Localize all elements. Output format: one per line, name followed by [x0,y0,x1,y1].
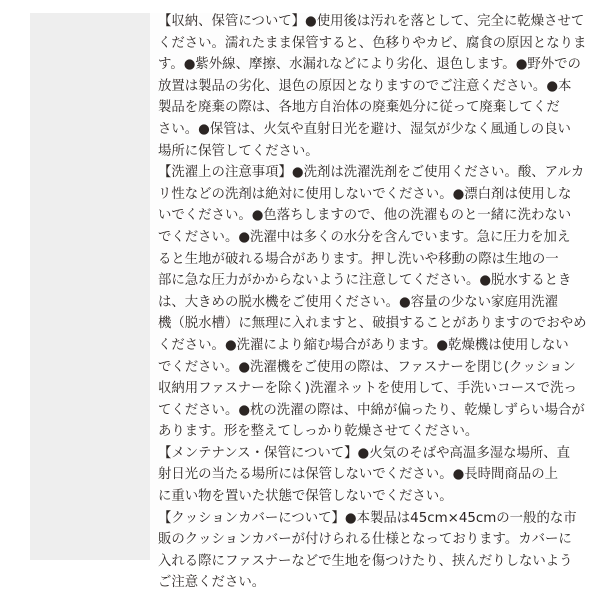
text-line: 部に急な圧力がかからないように注意してください。●脱水するとき [158,270,568,292]
section-washing-cautions: 【洗濯上の注意事項】●洗剤は洗濯洗剤をご使用ください。酸、アルカ リ性などの洗剤… [158,162,568,443]
text-line: す。●紫外線、摩擦、水漏れなどにより劣化、退色します。●野外での [158,54,568,76]
section-cushion-cover: 【クッションカバーについて】●本製品は45cm×45cmの一般的な市 販のクッシ… [158,508,568,594]
text-line: 【メンテナンス・保管について】●火気のそばや高温多湿な場所、直 [158,443,568,465]
text-line: は、大きめの脱水機をご使用ください。●容量の少ない家庭用洗濯 [158,292,568,314]
text-line: ください。●洗濯により縮む場合があります。●乾燥機は使用しない [158,335,568,357]
care-instructions-text: 【収納、保管について】●使用後は汚れを落として、完全に乾燥させて ください。濡れ… [158,11,568,594]
text-line: 機（脱水槽）に無理に入れますと、破損することがありますのでおやめ [158,313,568,335]
text-line: てください。●枕の洗濯の際は、中綿が偏ったり、乾燥しずらい場合が [158,400,568,422]
text-line: 【収納、保管について】●使用後は汚れを落として、完全に乾燥させて [158,11,568,33]
text-line: いでください。●色落ちしますので、他の洗濯ものと一緒に洗わない [158,205,568,227]
section-maintenance-storage: 【メンテナンス・保管について】●火気のそばや高温多湿な場所、直 射日光の当たる場… [158,443,568,508]
text-line: でください。●洗濯中は多くの水分を含んでいます。急に圧力を加え [158,227,568,249]
text-line: 入れる際にファスナーなどで生地を傷つけたり、挟んだりしないよう [158,551,568,573]
text-line: ご注意ください。 [158,572,568,594]
text-line: 射日光の当たる場所には保管しないでください。●長時間商品の上 [158,464,568,486]
text-line: 販のクッションカバーが付けられる仕様となっております。カバーに [158,529,568,551]
text-line: 【洗濯上の注意事項】●洗剤は洗濯洗剤をご使用ください。酸、アルカ [158,162,568,184]
text-line: リ性などの洗剤は絶対に使用しないでください。●漂白剤は使用しな [158,184,568,206]
text-line: 【クッションカバーについて】●本製品は45cm×45cmの一般的な市 [158,508,568,530]
text-line: でください。●洗濯機をご使用の際は、ファスナーを閉じ(クッション [158,357,568,379]
text-line: 収納用ファスナーを除く)洗濯ネットを使用して、手洗いコースで洗っ [158,378,568,400]
text-line: ください。濡れたまま保管すると、色移りやカビ、腐食の原因となりま [158,33,568,55]
left-image-placeholder-panel [30,13,150,560]
text-line: 放置は製品の劣化、退色の原因となりますのでご注意ください。●本 [158,76,568,98]
text-line: に重い物を置いた状態で保管しないでください。 [158,486,568,508]
text-line: 製品を廃棄の際は、各地方自治体の廃棄処分に従って廃棄してくだ [158,97,568,119]
text-line: 場所に保管してください。 [158,141,568,163]
text-line: ると生地が破れる場合があります。押し洗いや移動の際は生地の一 [158,249,568,271]
section-storage: 【収納、保管について】●使用後は汚れを落として、完全に乾燥させて ください。濡れ… [158,11,568,162]
text-line: あります。形を整えてしっかり乾燥させてください。 [158,421,568,443]
text-line: さい。●保管は、火気や直射日光を避け、湿気が少なく風通しの良い [158,119,568,141]
